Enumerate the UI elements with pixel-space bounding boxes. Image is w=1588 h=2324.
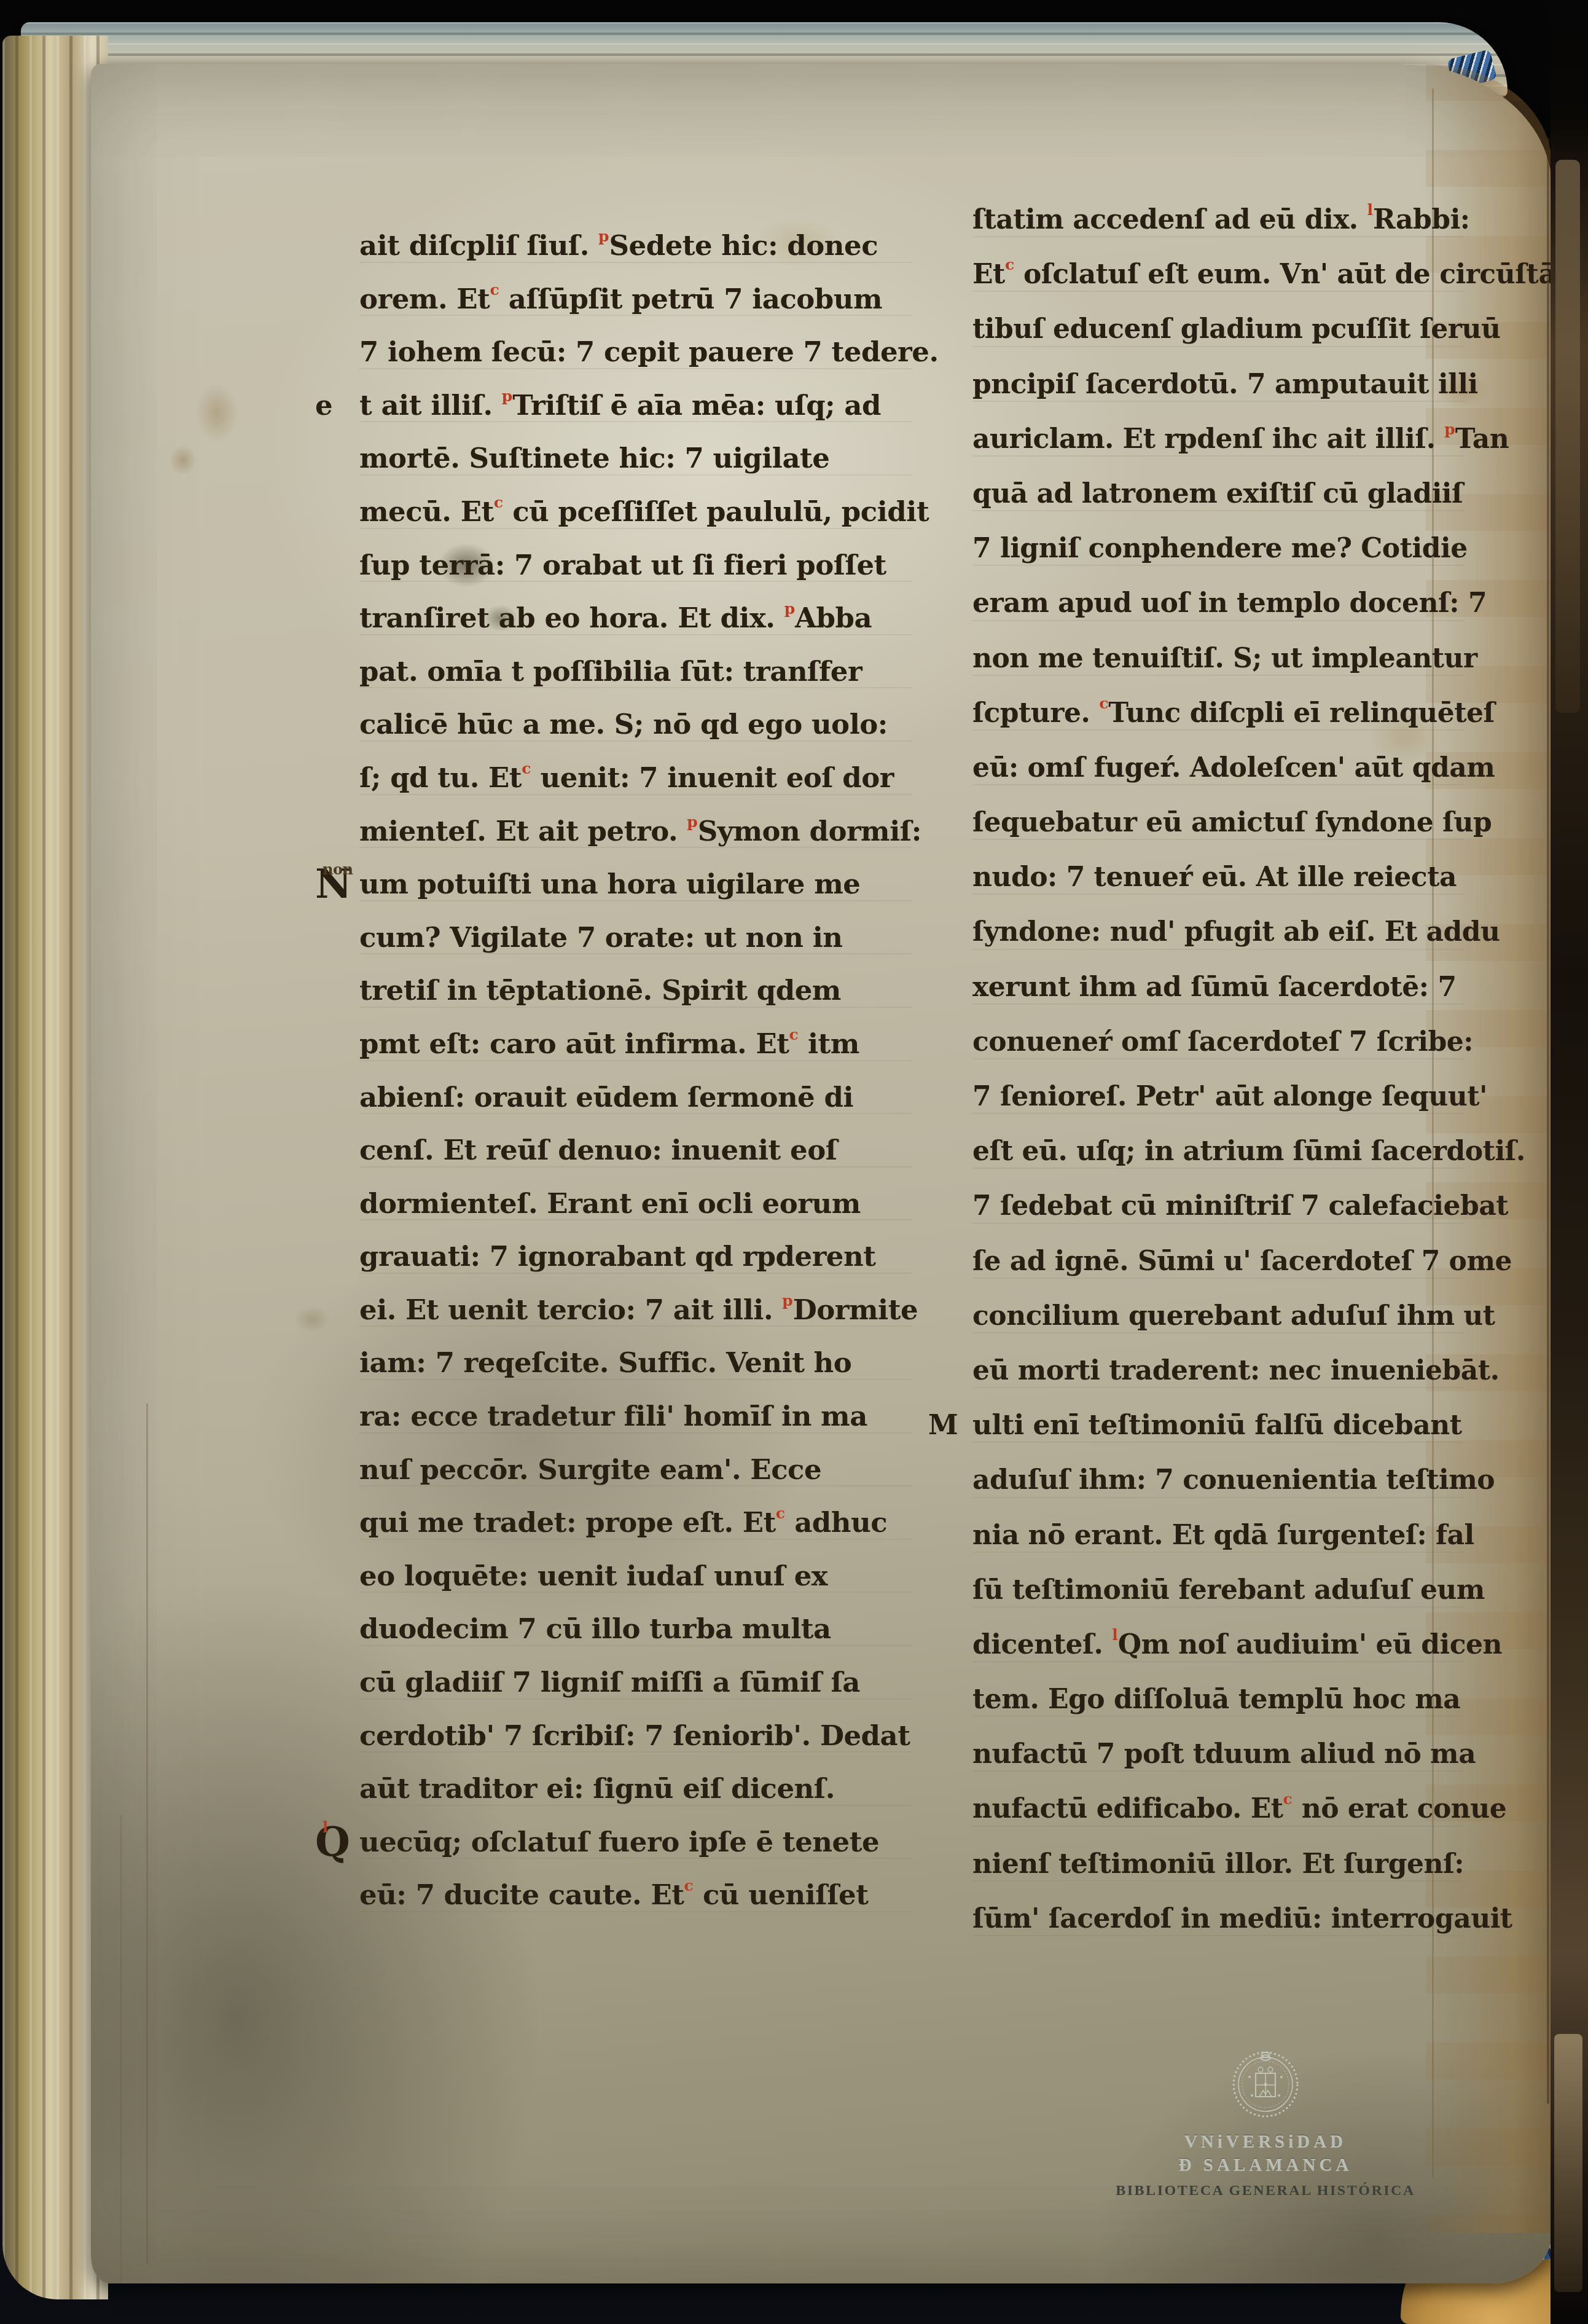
text-segment: aūt traditor ei: ſignū eiſ dicenſ. [359, 1772, 835, 1805]
text-segment: Symon dormiſ: [698, 815, 921, 847]
stamp-university-line1: VNiVERSiDAD [1112, 2130, 1419, 2153]
text-segment: qui me tradet: prope eſt. Et [359, 1506, 776, 1539]
stamp-university-line2: Ð SALAMANCA [1112, 2153, 1419, 2177]
text-line: eſt eū. uſq; in atrium ſūmi ſacerdotiſ. [972, 1124, 1464, 1179]
interlinear-gloss: non [323, 843, 353, 897]
text-line: 7 iohem ſecū: 7 cepit pauere 7 tedere. [359, 326, 912, 379]
text-line: nudo: 7 tenueŕ eū. At ille reiecta [972, 850, 1464, 905]
text-line: eram apud uoſ in templo docenſ: 7 [972, 576, 1464, 630]
text-segment: nudo: 7 tenueŕ eū. At ille reiecta [972, 862, 1457, 893]
text-line: ei. Et uenit tercio: 7 ait illi. pDormit… [359, 1284, 912, 1337]
parchment-stain [170, 445, 197, 476]
text-line: ſup terrā: 7 orabat ut ſi fieri poſſet [359, 539, 912, 592]
text-line: ſ; qd tu. Etc uenit: 7 inuenit eoſ dor [359, 752, 912, 805]
text-segment: abienſ: orauit eūdem ſermonē di [359, 1081, 853, 1113]
text-segment: 7 ſedebat cū miniſtriſ 7 calefaciebat [972, 1190, 1508, 1222]
text-line: pncipiſ ſacerdotū. 7 amputauit illi [972, 357, 1464, 412]
text-line: nufactū 7 poſt tduum aliud nō ma [972, 1727, 1464, 1781]
rubric-mark: p [782, 1292, 792, 1309]
text-line: iam: 7 reqeſcite. Suffic. Venit ho [359, 1337, 912, 1390]
text-segment: eū: 7 ducite caute. Et [359, 1878, 684, 1911]
text-segment: 7 ligniſ conphendere me? Cotidie [972, 533, 1468, 564]
text-line: eū: omſ fugeŕ. Adoleſcen' aūt qdam [972, 740, 1464, 795]
text-line: calicē hūc a me. S; nō qd ego uolo: [359, 698, 912, 752]
text-segment: mienteſ. Et ait petro. [359, 815, 687, 847]
rubric-mark: p [784, 600, 795, 618]
text-segment: nufactū edificabo. Et [972, 1793, 1283, 1824]
text-segment: concilium querebant aduſuſ ihm ut [972, 1300, 1495, 1332]
text-line: ſyndone: nud' pfugit ab eiſ. Et addu [972, 905, 1464, 959]
text-line: ra: ecce tradetur fili' homīſ in ma [359, 1390, 912, 1443]
text-line: non me tenuiſtiſ. S; ut impleantur [972, 631, 1464, 686]
text-segment: ſyndone: nud' pfugit ab eiſ. Et addu [972, 916, 1500, 948]
rubric-mark: l [1112, 1626, 1118, 1644]
text-segment: tibuſ educenſ gladium pcuſſit ſeruū [972, 313, 1501, 345]
rubric-mark: p [687, 813, 697, 831]
margin-initial: Nnon [315, 858, 351, 911]
text-segment: eſt eū. uſq; in atrium ſūmi ſacerdotiſ. [972, 1136, 1525, 1167]
text-segment: auriclam. Et rpdenſ ihc ait illiſ. [972, 423, 1444, 455]
text-line: ſūm' ſacerdoſ in mediū: interrogauit [972, 1891, 1464, 1946]
text-segment: nō erat conue [1293, 1793, 1506, 1824]
text-line: ſe ad ignē. Sūmi u' ſacerdoteſ 7 ome [972, 1234, 1464, 1289]
text-segment: grauati: 7 ignorabant qd rpderent [359, 1240, 876, 1273]
text-segment: dormienteſ. Erant enī ocli eorum [359, 1187, 861, 1220]
manuscript-photo: ait diſcpliſ ſiuſ. pSedete hic: donecore… [0, 0, 1588, 2324]
text-segment: orem. Et [359, 283, 490, 315]
text-segment: xerunt ihm ad ſūmū ſacerdotē: 7 [972, 972, 1457, 1003]
rubric-mark: p [502, 387, 512, 405]
text-line: qui me tradet: prope eſt. Etc adhuc [359, 1496, 912, 1550]
text-line: concilium querebant aduſuſ ihm ut [972, 1289, 1464, 1343]
ruling-line [146, 1403, 148, 2264]
text-line: duodecim 7 cū illo turba multa [359, 1603, 912, 1656]
text-segment: eo loquēte: uenit iudaſ unuſ ex [359, 1560, 827, 1592]
text-line: nia nō erant. Et qdā ſurgenteſ: fal [972, 1508, 1464, 1563]
text-segment: Tan [1455, 423, 1509, 455]
text-line: pat. omīa t poſſibilia ſūt: tranſfer [359, 645, 912, 699]
text-segment: ait diſcpliſ ſiuſ. [359, 229, 598, 262]
text-line: pmt eſt: caro aūt infirma. Etc itm [359, 1018, 912, 1071]
text-segment: ulti enī teſtimoniū falſū dicebant [972, 1410, 1462, 1441]
text-line: mecū. Etc cū pceſſiſſet paululū, pcidit [359, 485, 912, 539]
rubric-mark: c [684, 1877, 693, 1894]
text-segment: ſū teſtimoniū ferebant aduſuſ eum [972, 1574, 1485, 1606]
text-segment: t ait illiſ. [359, 389, 502, 422]
text-segment: ſtatim accedenſ ad eū dix. [972, 204, 1367, 235]
text-segment: eū: omſ fugeŕ. Adoleſcen' aūt qdam [972, 752, 1495, 783]
rubric-mark: c [776, 1504, 785, 1522]
text-line: aduſuſ ihm: 7 conuenientia teſtimo [972, 1453, 1464, 1507]
margin-initial: e [315, 379, 332, 433]
text-segment: duodecim 7 cū illo turba multa [359, 1612, 831, 1645]
text-segment: dicenteſ. [972, 1629, 1112, 1660]
text-line: cenſ. Et reūſ denuo: inuenit eoſ [359, 1124, 912, 1177]
text-segment: cū pceſſiſſet paululū, pcidit [503, 495, 929, 528]
text-line: auriclam. Et rpdenſ ihc ait illiſ. pTan [972, 412, 1464, 466]
text-segment: adhuc [785, 1506, 887, 1539]
text-line: cerdotib' 7 ſcribiſ: 7 ſeniorib'. Dedat [359, 1710, 912, 1763]
text-segment: ei. Et uenit tercio: 7 ait illi. [359, 1294, 782, 1326]
text-line: conueneŕ omſ ſacerdoteſ 7 ſcribe: [972, 1015, 1464, 1069]
text-segment: mortē. Suſtinete hic: 7 uigilate [359, 442, 829, 474]
text-segment: tretiſ in tēptationē. Spirit qdem [359, 974, 841, 1007]
rubric-mark: c [789, 1026, 799, 1043]
rubric-mark: l [1367, 201, 1374, 219]
text-segment: Sedete hic: donec [609, 229, 878, 262]
text-line: nienſ teſtimoniū illor. Et ſurgenſ: [972, 1837, 1464, 1891]
text-segment: cerdotib' 7 ſcribiſ: 7 ſeniorib'. Dedat [359, 1719, 910, 1752]
text-segment: cum? Vigilate 7 orate: ut non in [359, 921, 843, 954]
text-line: et ait illiſ. pTriſtiſ ē aīa mēa: uſq; a… [359, 379, 912, 433]
text-segment: cenſ. Et reūſ denuo: inuenit eoſ [359, 1134, 837, 1166]
text-line: 7 ligniſ conphendere me? Cotidie [972, 521, 1464, 576]
text-line: Etc oſclatuſ eſt eum. Vn' aūt de circūſt… [972, 247, 1464, 302]
text-segment: mecū. Et [359, 495, 494, 528]
text-line: nuſ peccōr. Surgite eam'. Ecce [359, 1443, 912, 1497]
text-segment: Abba [795, 602, 872, 634]
text-segment: ſequebatur eū amictuſ ſyndone ſup [972, 807, 1492, 838]
text-segment: ſup terrā: 7 orabat ut ſi fieri poſſet [359, 549, 886, 581]
text-segment: nia nō erant. Et qdā ſurgenteſ: fal [972, 1520, 1474, 1551]
text-segment: 7 ſenioreſ. Petr' aūt alonge ſequut' [972, 1081, 1487, 1112]
text-segment: Dormite [793, 1294, 918, 1326]
text-segment: pat. omīa t poſſibilia ſūt: tranſfer [359, 655, 862, 688]
text-segment: eū morti traderent: nec inueniebāt. [972, 1355, 1499, 1386]
text-segment: aſſūpſit petrū 7 iacobum [499, 283, 883, 315]
text-segment: pncipiſ ſacerdotū. 7 amputauit illi [972, 369, 1478, 400]
text-line: mienteſ. Et ait petro. pSymon dormiſ: [359, 805, 912, 858]
text-line: mortē. Suſtinete hic: 7 uigilate [359, 432, 912, 485]
text-line: orem. Etc aſſūpſit petrū 7 iacobum [359, 273, 912, 326]
text-line: tibuſ educenſ gladium pcuſſit ſeruū [972, 302, 1464, 356]
text-segment: ſe ad ignē. Sūmi u' ſacerdoteſ 7 ome [972, 1246, 1512, 1277]
rubric-mark: p [1444, 420, 1455, 438]
text-segment: cū gladiiſ 7 ligniſ miſſi a ſūmiſ ſa [359, 1666, 860, 1698]
parchment-stain [294, 1305, 331, 1333]
ruling-line [120, 1815, 122, 2282]
text-segment: ſcpture. [972, 697, 1099, 729]
book-spine-edge [1551, 0, 1588, 2324]
text-line: cū gladiiſ 7 ligniſ miſſi a ſūmiſ ſa [359, 1656, 912, 1710]
text-column-left: ait diſcpliſ ſiuſ. pSedete hic: donecore… [359, 219, 912, 1922]
text-segment: um potuiſti una hora uigilare me [359, 868, 860, 900]
text-segment: ſ; qd tu. Et [359, 761, 522, 794]
rubric-mark: c [490, 281, 499, 299]
text-line: ſequebatur eū amictuſ ſyndone ſup [972, 795, 1464, 850]
text-line: xerunt ihm ad ſūmū ſacerdotē: 7 [972, 960, 1464, 1015]
text-line: aūt traditor ei: ſignū eiſ dicenſ. [359, 1762, 912, 1816]
rubric-mark: c [494, 493, 503, 511]
text-segment: eram apud uoſ in templo docenſ: 7 [972, 587, 1487, 619]
text-line: dicenteſ. lQm noſ audiuim' eū dicen [972, 1617, 1464, 1672]
text-segment: Rabbi: [1373, 204, 1470, 235]
rubric-mark: l [323, 1801, 328, 1855]
text-segment: aduſuſ ihm: 7 conuenientia teſtimo [972, 1464, 1495, 1496]
text-segment: pmt eſt: caro aūt infirma. Et [359, 1027, 789, 1060]
stamp-library-line: BIBLIOTECA GENERAL HISTÓRICA [1112, 2181, 1419, 2200]
university-seal-icon [1231, 2046, 1300, 2119]
manuscript-page: ait diſcpliſ ſiuſ. pSedete hic: donecore… [91, 64, 1552, 2283]
text-line: Qluecūq; oſclatuſ fuero ipſe ē tenete [359, 1816, 912, 1869]
text-segment: quā ad latronem exiſtiſ cū gladiiſ [972, 478, 1463, 509]
text-line: nufactū edificabo. Etc nō erat conue [972, 1781, 1464, 1836]
rubric-mark: c [522, 760, 531, 777]
text-segment: uenit: 7 inuenit eoſ dor [531, 761, 894, 794]
text-line: ſtatim accedenſ ad eū dix. lRabbi: [972, 192, 1464, 247]
text-line: tem. Ego diſſoluā templū hoc ma [972, 1672, 1464, 1727]
text-line: ait diſcpliſ ſiuſ. pSedete hic: donec [359, 219, 912, 273]
text-segment: tranſiret ab eo hora. Et dix. [359, 602, 784, 634]
text-segment: iam: 7 reqeſcite. Suffic. Venit ho [359, 1346, 851, 1379]
text-line: eo loquēte: uenit iudaſ unuſ ex [359, 1550, 912, 1603]
text-segment: Et [972, 259, 1005, 290]
text-segment: itm [799, 1027, 859, 1060]
rubric-mark: c [1005, 256, 1014, 273]
text-segment: Tunc diſcpli eī relinquēteſ [1108, 697, 1495, 729]
margin-initial: Ql [315, 1816, 350, 1869]
text-segment: Qm noſ audiuim' eū dicen [1118, 1629, 1502, 1660]
text-line: dormienteſ. Erant enī ocli eorum [359, 1177, 912, 1231]
text-segment: non me tenuiſtiſ. S; ut impleantur [972, 643, 1477, 674]
text-line: tranſiret ab eo hora. Et dix. pAbba [359, 592, 912, 645]
margin-initial: M [928, 1398, 958, 1453]
text-line: grauati: 7 ignorabant qd rpderent [359, 1230, 912, 1284]
library-stamp: VNiVERSiDAD Ð SALAMANCA BIBLIOTECA GENER… [1112, 2046, 1419, 2200]
parchment-stain [195, 383, 238, 442]
text-segment: ra: ecce tradetur fili' homīſ in ma [359, 1400, 867, 1432]
text-line: eū morti traderent: nec inueniebāt. [972, 1343, 1464, 1398]
text-segment: conueneŕ omſ ſacerdoteſ 7 ſcribe: [972, 1026, 1473, 1058]
text-segment: oſclatuſ eſt eum. Vn' aūt de circūſtā [1014, 259, 1555, 290]
text-segment: 7 iohem ſecū: 7 cepit pauere 7 tedere. [359, 336, 939, 368]
text-segment: Triſtiſ ē aīa mēa: uſq; ad [512, 389, 881, 422]
text-segment: cū ueniſſet [694, 1878, 869, 1911]
text-line: quā ad latronem exiſtiſ cū gladiiſ [972, 466, 1464, 521]
text-line: Nnonum potuiſti una hora uigilare me [359, 858, 912, 911]
text-line: cum? Vigilate 7 orate: ut non in [359, 911, 912, 965]
text-line: abienſ: orauit eūdem ſermonē di [359, 1071, 912, 1125]
text-column-right: ſtatim accedenſ ad eū dix. lRabbi:Etc oſ… [972, 192, 1464, 1946]
text-line: eū: 7 ducite caute. Etc cū ueniſſet [359, 1869, 912, 1922]
text-line: tretiſ in tēptationē. Spirit qdem [359, 964, 912, 1018]
rubric-mark: c [1099, 694, 1108, 712]
text-segment: tem. Ego diſſoluā templū hoc ma [972, 1684, 1460, 1715]
text-segment: nuſ peccōr. Surgite eam'. Ecce [359, 1453, 821, 1486]
text-line: Multi enī teſtimoniū falſū dicebant [972, 1398, 1464, 1453]
rubric-mark: p [598, 227, 609, 245]
text-segment: nufactū 7 poſt tduum aliud nō ma [972, 1738, 1476, 1770]
rubric-mark: c [1283, 1790, 1293, 1808]
text-line: ſcpture. cTunc diſcpli eī relinquēteſ [972, 686, 1464, 740]
text-segment: uecūq; oſclatuſ fuero ipſe ē tenete [359, 1826, 879, 1858]
text-line: 7 ſedebat cū miniſtriſ 7 calefaciebat [972, 1179, 1464, 1233]
text-segment: calicē hūc a me. S; nō qd ego uolo: [359, 708, 888, 740]
text-segment: ſūm' ſacerdoſ in mediū: interrogauit [972, 1903, 1512, 1934]
text-line: ſū teſtimoniū ferebant aduſuſ eum [972, 1563, 1464, 1617]
text-line: 7 ſenioreſ. Petr' aūt alonge ſequut' [972, 1069, 1464, 1124]
text-segment: nienſ teſtimoniū illor. Et ſurgenſ: [972, 1848, 1464, 1880]
